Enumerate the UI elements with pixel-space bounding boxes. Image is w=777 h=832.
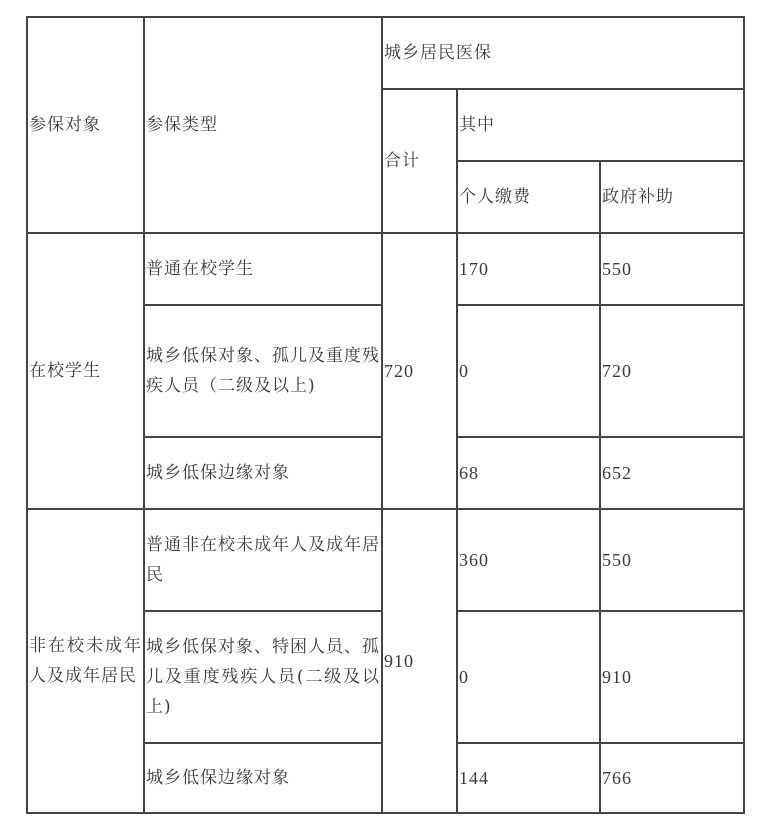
- row-personal-value: 0: [459, 356, 598, 386]
- row-government: 550: [599, 508, 745, 612]
- row-type: 普通非在校未成年人及成年居民: [143, 508, 383, 612]
- row-type: 普通在校学生: [143, 232, 383, 306]
- row-type: 城乡低保对象、特困人员、孤儿及重度残疾人员(二级及以上): [143, 610, 383, 744]
- group-total: 910: [381, 508, 458, 814]
- header-total-label: 合计: [384, 146, 455, 176]
- group-total-value: 910: [384, 646, 455, 676]
- row-type: 城乡低保对象、孤儿及重度残疾人员（二级及以上): [143, 304, 383, 438]
- header-personal: 个人缴费: [456, 160, 601, 234]
- header-of-which: 其中: [456, 88, 745, 162]
- header-government-label: 政府补助: [602, 182, 742, 212]
- row-government: 766: [599, 742, 745, 814]
- row-type: 城乡低保边缘对象: [143, 436, 383, 510]
- row-government-value: 766: [602, 763, 742, 793]
- row-personal-value: 144: [459, 763, 598, 793]
- header-type-label: 参保类型: [146, 110, 380, 140]
- row-type-label: 普通非在校未成年人及成年居民: [146, 530, 380, 590]
- row-government-value: 720: [602, 356, 742, 386]
- row-government: 910: [599, 610, 745, 744]
- header-type: 参保类型: [143, 16, 383, 234]
- row-personal: 360: [456, 508, 601, 612]
- header-target-label: 参保对象: [29, 110, 142, 140]
- group-target-label: 非在校未成年人及成年居民: [29, 631, 142, 691]
- row-government: 720: [599, 304, 745, 438]
- row-personal: 68: [456, 436, 601, 510]
- header-total: 合计: [381, 88, 458, 234]
- row-personal: 144: [456, 742, 601, 814]
- group-total: 720: [381, 232, 458, 510]
- header-group-label: 城乡居民医保: [384, 38, 742, 68]
- row-personal: 170: [456, 232, 601, 306]
- group-total-value: 720: [384, 356, 455, 386]
- row-personal: 0: [456, 610, 601, 744]
- row-government-value: 910: [602, 662, 742, 692]
- row-type: 城乡低保边缘对象: [143, 742, 383, 814]
- row-type-label: 城乡低保边缘对象: [146, 763, 380, 793]
- group-target: 在校学生: [26, 232, 145, 510]
- header-personal-label: 个人缴费: [459, 182, 598, 212]
- row-personal-value: 170: [459, 254, 598, 284]
- row-government: 652: [599, 436, 745, 510]
- row-type-label: 城乡低保边缘对象: [146, 458, 380, 488]
- row-type-label: 城乡低保对象、特困人员、孤儿及重度残疾人员(二级及以上): [146, 632, 380, 722]
- group-target-label: 在校学生: [29, 356, 142, 386]
- insurance-contribution-table: 参保对象 参保类型 城乡居民医保 合计 其中 个人缴费 政府补助 在校学生 72…: [26, 16, 745, 814]
- row-type-label: 城乡低保对象、孤儿及重度残疾人员（二级及以上): [146, 341, 380, 401]
- header-group: 城乡居民医保: [381, 16, 745, 90]
- row-personal-value: 360: [459, 545, 598, 575]
- row-personal: 0: [456, 304, 601, 438]
- header-of-which-label: 其中: [459, 110, 742, 140]
- row-government-value: 550: [602, 545, 742, 575]
- row-personal-value: 68: [459, 458, 598, 488]
- header-target: 参保对象: [26, 16, 145, 234]
- row-personal-value: 0: [459, 662, 598, 692]
- header-government: 政府补助: [599, 160, 745, 234]
- row-government: 550: [599, 232, 745, 306]
- row-type-label: 普通在校学生: [146, 254, 380, 284]
- row-government-value: 550: [602, 254, 742, 284]
- row-government-value: 652: [602, 458, 742, 488]
- group-target: 非在校未成年人及成年居民: [26, 508, 145, 814]
